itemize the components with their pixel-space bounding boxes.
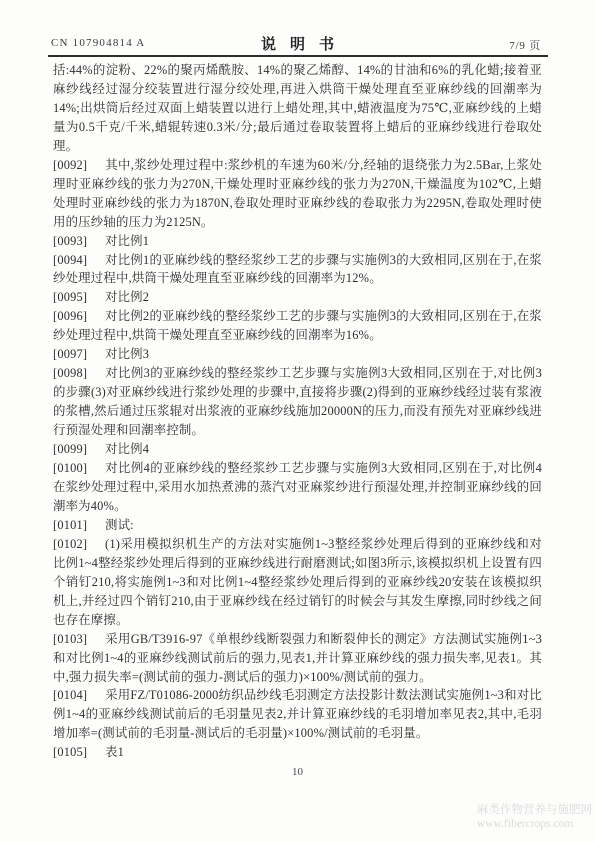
paragraph-0099: [0099]对比例4 xyxy=(53,440,542,459)
paragraph-0097: [0097]对比例3 xyxy=(53,345,542,364)
paragraph-0093: [0093]对比例1 xyxy=(53,232,542,251)
paragraph-0102: [0102](1)采用模拟织机生产的方法对实施例1~3整经浆纱处理后得到的亚麻纱… xyxy=(53,535,542,630)
paragraph-number: [0093] xyxy=(53,232,105,251)
paragraph-number: [0103] xyxy=(53,630,105,649)
paragraph-number: [0102] xyxy=(53,535,105,554)
paragraph-text: 采用GB/T3916-97《单根纱线断裂强力和断裂伸长的测定》方法测试实施例1~… xyxy=(53,632,542,684)
paragraph-0105: [0105]表1 xyxy=(53,743,542,762)
paragraph-text: 对比例2 xyxy=(105,290,149,304)
paragraph-0092: [0092]其中,浆纱处理过程中:浆纱机的车速为60米/分,经轴的退绕张力为2.… xyxy=(53,156,542,232)
paragraph-number: [0094] xyxy=(53,251,105,270)
paragraph-0098: [0098]对比例3的亚麻纱线的整经浆纱工艺步骤与实施例3大致相同,区别在于,对… xyxy=(53,364,542,440)
paragraph-0101: [0101]测试: xyxy=(53,516,542,535)
paragraph-number: [0095] xyxy=(53,288,105,307)
paragraph-0103: [0103]采用GB/T3916-97《单根纱线断裂强力和断裂伸长的测定》方法测… xyxy=(53,630,542,687)
footer-page-number: 10 xyxy=(0,766,595,778)
paragraph-number: [0092] xyxy=(53,156,105,175)
paragraph-0096: [0096]对比例2的亚麻纱线的整经浆纱工艺的步骤与实施例3的大致相同,区别在于… xyxy=(53,307,542,345)
paragraph-text: 对比例1的亚麻纱线的整经浆纱工艺的步骤与实施例3的大致相同,区别在于,在浆纱处理… xyxy=(53,253,542,286)
paragraph-text: 其中,浆纱处理过程中:浆纱机的车速为60米/分,经轴的退绕张力为2.5Bar,上… xyxy=(53,158,542,229)
paragraph-text: 对比例2的亚麻纱线的整经浆纱工艺的步骤与实施例3的大致相同,区别在于,在浆纱处理… xyxy=(53,309,542,342)
paragraph-text: 表1 xyxy=(105,745,124,759)
paragraph-text: 对比例3 xyxy=(105,347,149,361)
patent-specification-page: CN 107904814 A 说明书 7/9 页 括:44%的淀粉、22%的聚丙… xyxy=(0,0,595,842)
watermark-site-url: www.fibercrops.com xyxy=(477,818,592,832)
paragraph-0104: [0104]采用FZ/T01086-2000纺织品纱线毛羽测定方法投影计数法测试… xyxy=(53,686,542,743)
paragraph-text: 测试: xyxy=(105,518,134,532)
paragraph-number: [0100] xyxy=(53,459,105,478)
paragraph-continuation: 括:44%的淀粉、22%的聚丙烯酰胺、14%的聚乙烯醇、14%的甘油和6%的乳化… xyxy=(53,61,542,156)
document-title: 说明书 xyxy=(0,33,595,54)
paragraph-text: 对比例3的亚麻纱线的整经浆纱工艺步骤与实施例3大致相同,区别在于,对比例3的步骤… xyxy=(53,366,542,437)
paragraph-number: [0099] xyxy=(53,440,105,459)
paragraph-text: 对比例4的亚麻纱线的整经浆纱工艺步骤与实施例3大致相同,区别在于,对比例4在浆纱… xyxy=(53,461,542,513)
header-divider xyxy=(48,55,548,57)
paragraph-text: 采用FZ/T01086-2000纺织品纱线毛羽测定方法投影计数法测试实施例1~3… xyxy=(53,688,542,740)
paragraph-text: (1)采用模拟织机生产的方法对实施例1~3整经浆纱处理后得到的亚麻纱线和对比例1… xyxy=(53,537,542,627)
paragraph-number: [0104] xyxy=(53,686,105,705)
paragraph-number: [0101] xyxy=(53,516,105,535)
paragraph-number: [0096] xyxy=(53,307,105,326)
watermark-site-name: 麻类作物营养与施肥网 xyxy=(477,804,592,818)
watermark: 麻类作物营养与施肥网 www.fibercrops.com xyxy=(477,804,592,831)
paragraph-0095: [0095]对比例2 xyxy=(53,288,542,307)
paragraph-text: 括:44%的淀粉、22%的聚丙烯酰胺、14%的聚乙烯醇、14%的甘油和6%的乳化… xyxy=(53,63,542,153)
paragraph-number: [0097] xyxy=(53,345,105,364)
paragraph-0100: [0100]对比例4的亚麻纱线的整经浆纱工艺步骤与实施例3大致相同,区别在于,对… xyxy=(53,459,542,516)
paragraph-text: 对比例1 xyxy=(105,234,149,248)
paragraph-number: [0105] xyxy=(53,743,105,762)
paragraph-0094: [0094]对比例1的亚麻纱线的整经浆纱工艺的步骤与实施例3的大致相同,区别在于… xyxy=(53,251,542,289)
paragraph-text: 对比例4 xyxy=(105,442,149,456)
paragraph-number: [0098] xyxy=(53,364,105,383)
specification-body: 括:44%的淀粉、22%的聚丙烯酰胺、14%的聚乙烯醇、14%的甘油和6%的乳化… xyxy=(53,61,542,762)
page-indicator: 7/9 页 xyxy=(509,37,541,53)
